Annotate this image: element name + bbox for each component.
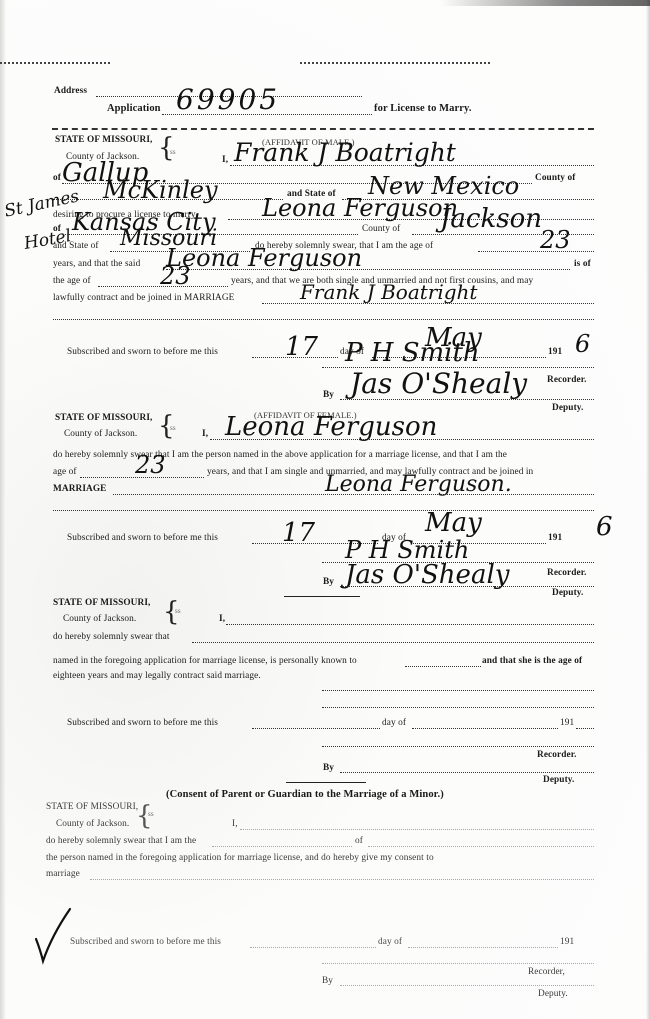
male-deputy-label: Deputy. xyxy=(552,403,583,413)
witness-month-line xyxy=(412,728,558,729)
male-subscribed-text: Subscribed and sworn to before me this xyxy=(67,347,218,357)
consent-of-label: of xyxy=(355,836,363,846)
scan-edge-left xyxy=(0,0,6,1019)
header-divider xyxy=(52,128,594,130)
age-of-label: the age of xyxy=(53,276,91,286)
female-recorder-label: Recorder. xyxy=(547,568,587,578)
female-signature: Leona Ferguson. xyxy=(325,474,512,496)
groom-signature: Frank J Boatright xyxy=(300,282,477,302)
application-label: Application xyxy=(107,103,161,114)
ss-label: ss xyxy=(170,424,176,432)
consent-marriage-label: marriage xyxy=(46,869,80,879)
female-day: 17 xyxy=(282,520,315,546)
witness-county-label: County of Jackson. xyxy=(63,614,136,624)
witness-name-line xyxy=(226,624,594,625)
consent-month-line xyxy=(408,947,558,948)
female-recorder-signature: P H Smith xyxy=(345,538,469,562)
bride-age: 23 xyxy=(160,264,191,288)
witness-person-line xyxy=(192,642,594,643)
top-dotted-line xyxy=(0,62,110,64)
years-said-label: years, and that the said xyxy=(53,259,140,269)
consent-deputy-label: Deputy. xyxy=(538,989,568,999)
witness-year-prefix: 191 xyxy=(560,718,574,728)
bride-and-state-label: and State of xyxy=(53,241,99,251)
male-county-of-label: County of xyxy=(535,173,575,183)
female-age-of-label: age of xyxy=(53,467,77,477)
male-of-label: of xyxy=(53,173,61,183)
ss-label: ss xyxy=(175,607,181,615)
consent-relation-line xyxy=(212,846,352,847)
section-divider xyxy=(286,782,366,783)
male-recorder-label: Recorder. xyxy=(547,375,587,385)
female-month: May xyxy=(425,510,482,536)
female-i-label: I, xyxy=(202,429,208,439)
top-dotted-line xyxy=(300,62,490,64)
witness-signature-line xyxy=(322,690,594,691)
application-number: 69905 xyxy=(176,86,280,114)
female-year-prefix: 191 xyxy=(548,533,562,543)
consent-title: (Consent of Parent or Guardian to the Ma… xyxy=(166,789,444,800)
said-name: Leona Ferguson xyxy=(166,246,362,270)
female-year-suffix: 6 xyxy=(596,514,613,540)
female-state-label: STATE OF MISSOURI, xyxy=(55,413,152,423)
male-county: McKinley xyxy=(103,178,218,202)
female-deputy-label: Deputy. xyxy=(552,588,583,598)
check-mark-icon xyxy=(32,905,72,965)
consent-subscribed-text: Subscribed and sworn to before me this xyxy=(70,937,221,947)
groom-age: 23 xyxy=(540,228,571,252)
groom-age-line xyxy=(478,251,594,252)
consent-name-line xyxy=(240,829,594,830)
male-year-prefix: 191 xyxy=(548,347,562,357)
witness-subscribed-text: Subscribed and sworn to before me this xyxy=(67,718,218,728)
consent-signature-line xyxy=(90,879,594,880)
lawfully-text: lawfully contract and be joined in MARRI… xyxy=(53,293,234,303)
consent-deputy-line xyxy=(340,985,594,986)
ss-label: ss xyxy=(170,148,176,156)
consent-recorder-label: Recorder, xyxy=(528,967,565,977)
bride-county-of-label: County of xyxy=(362,224,400,234)
male-by-label: By xyxy=(323,390,334,400)
license-label: for License to Marry. xyxy=(374,103,472,114)
female-subscribed-text: Subscribed and sworn to before me this xyxy=(67,533,218,543)
signature-line-2 xyxy=(53,319,594,320)
consent-person-text: the person named in the foregoing applic… xyxy=(46,853,434,863)
witness-age-text: and that she is the age of xyxy=(482,656,582,666)
female-county-label: County of Jackson. xyxy=(64,429,137,439)
consent-swear-text: do hereby solemnly swear that I am the xyxy=(46,836,196,846)
consent-by-label: By xyxy=(322,976,333,986)
male-state-label: STATE OF MISSOURI, xyxy=(55,135,152,145)
witness-recorder-line xyxy=(322,746,594,747)
female-marriage-label: MARRIAGE xyxy=(53,484,106,494)
male-year-suffix: 6 xyxy=(575,332,590,356)
male-day: 17 xyxy=(285,334,318,360)
witness-recorder-label: Recorder. xyxy=(537,750,577,760)
address-label: Address xyxy=(54,86,87,96)
witness-signature-line-2 xyxy=(322,707,594,708)
consent-day-of-label: day of xyxy=(378,937,402,947)
female-by-label: By xyxy=(323,577,334,587)
female-swear-text: do hereby solemnly swear that I am the p… xyxy=(53,450,507,460)
male-name: Frank J Boatright xyxy=(234,140,456,165)
bride-name: Leona Ferguson xyxy=(262,196,458,220)
witness-deputy-label: Deputy. xyxy=(543,775,574,785)
male-deputy-signature: Jas O'Shealy xyxy=(350,370,527,398)
consent-recorder-line xyxy=(322,963,594,964)
ss-label: ss xyxy=(148,810,154,818)
witness-deputy-line xyxy=(340,772,594,773)
witness-year-line xyxy=(576,728,594,729)
witness-day-line xyxy=(252,728,380,729)
male-recorder-signature: P H Smith xyxy=(345,340,480,366)
female-deputy-signature: Jas O'Shealy xyxy=(345,562,509,588)
scan-top-smudge xyxy=(440,0,650,6)
consent-minor-line xyxy=(368,846,594,847)
witness-known-to-line xyxy=(405,666,481,667)
witness-day-of-label: day of xyxy=(382,718,406,728)
witness-eighteen-text: eighteen years and may legally contract … xyxy=(53,671,261,681)
consent-county-label: County of Jackson. xyxy=(56,819,129,829)
consent-state-label: STATE OF MISSOURI, xyxy=(46,802,138,812)
witness-state-label: STATE OF MISSOURI, xyxy=(53,598,150,608)
witness-by-label: By xyxy=(323,763,334,773)
female-age: 23 xyxy=(135,453,166,477)
consent-i-label: I, xyxy=(232,819,238,829)
consent-year-prefix: 191 xyxy=(560,937,574,947)
male-i-label: I, xyxy=(222,155,228,165)
is-of-label: is of xyxy=(574,259,591,269)
female-signature-line-2 xyxy=(53,510,594,511)
witness-named-text: named in the foregoing application for m… xyxy=(53,656,357,666)
consent-day-line xyxy=(250,947,376,948)
section-divider xyxy=(284,596,360,597)
witness-swear-text: do hereby solemnly swear that xyxy=(53,632,170,642)
female-name: Leona Ferguson xyxy=(225,414,437,440)
witness-i-label: I, xyxy=(219,614,225,624)
bride-of-label: of xyxy=(53,224,61,234)
bride-county: Jackson xyxy=(440,206,542,232)
scan-edge-right xyxy=(646,0,650,1019)
